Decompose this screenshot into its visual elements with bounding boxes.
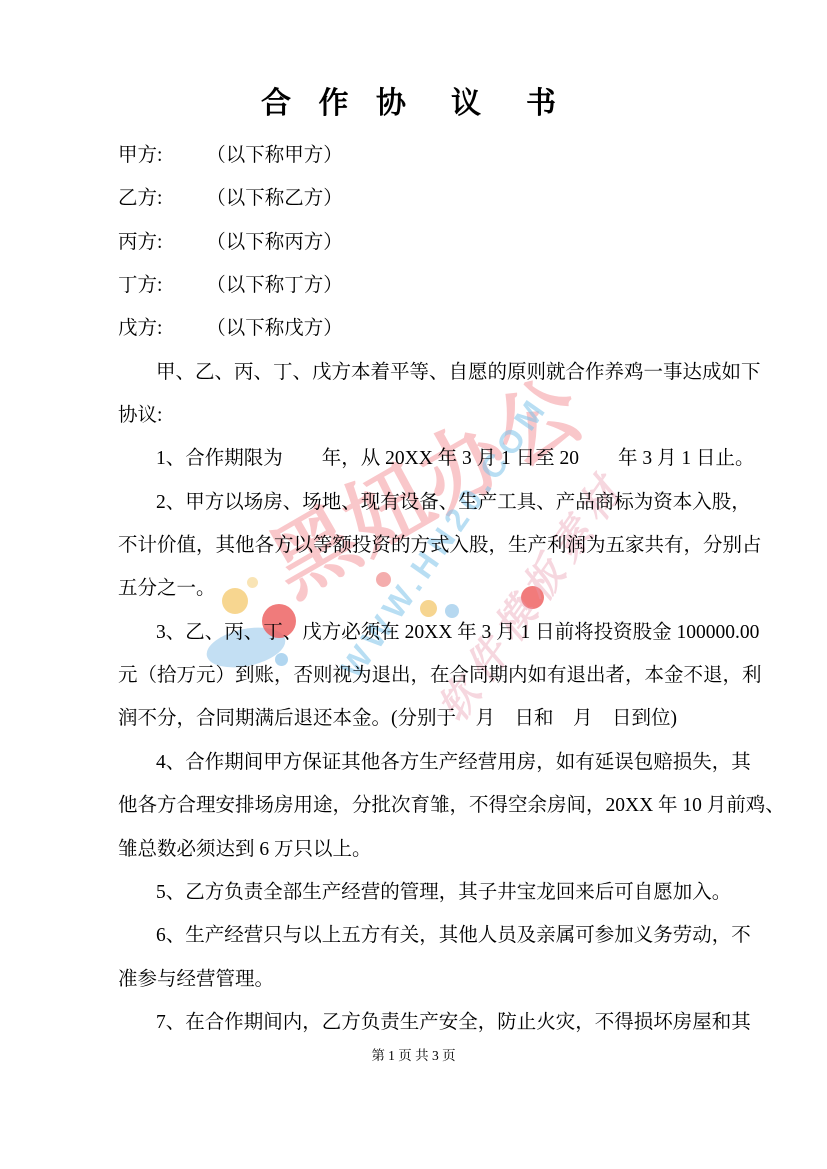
doc-line: 协议: xyxy=(118,394,758,437)
doc-line: 6、生产经营只与以上五方有关，其他人员及亲属可参加义务劳动，不 xyxy=(118,914,758,957)
doc-line: 1、合作期限为 年，从 20XX 年 3 月 1 日至 20 年 3 月 1 日… xyxy=(118,437,758,480)
doc-line: 准参与经营管理。 xyxy=(118,958,758,1001)
doc-line: 五分之一。 xyxy=(118,567,758,610)
doc-line: 乙方: （以下称乙方） xyxy=(118,177,758,220)
doc-lines: 甲方: （以下称甲方）乙方: （以下称乙方）丙方: （以下称丙方）丁方: （以下… xyxy=(118,134,758,1044)
page-number-footer: 第 1 页 共 3 页 xyxy=(0,1046,827,1066)
doc-line: 元（拾万元）到账，否则视为退出，在合同期内如有退出者，本金不退，利 xyxy=(118,654,758,697)
doc-line: 甲方: （以下称甲方） xyxy=(118,134,758,177)
doc-line: 润不分，合同期满后退还本金。(分别于 月 日和 月 日到位) xyxy=(118,697,758,740)
doc-line: 甲、乙、丙、丁、戊方本着平等、自愿的原则就合作养鸡一事达成如下 xyxy=(118,351,758,394)
doc-line: 3、乙、丙、丁、戊方必须在 20XX 年 3 月 1 日前将投资股金 10000… xyxy=(118,611,758,654)
doc-line: 戊方: （以下称戊方） xyxy=(118,307,758,350)
doc-line: 雏总数必须达到 6 万只以上。 xyxy=(118,828,758,871)
doc-line: 2、甲方以场房、场地、现有设备、生产工具、产品商标为资本入股， xyxy=(118,481,758,524)
doc-line: 5、乙方负责全部生产经营的管理，其子井宝龙回来后可自愿加入。 xyxy=(118,871,758,914)
document-content: 合 作 协 议 书 甲方: （以下称甲方）乙方: （以下称乙方）丙方: （以下称… xyxy=(0,0,827,1169)
doc-line: 丁方: （以下称丁方） xyxy=(118,264,758,307)
doc-line: 丙方: （以下称丙方） xyxy=(118,221,758,264)
document-title: 合 作 协 议 书 xyxy=(0,84,827,124)
document-page: 黑妞办公 WWW.HN20.COM 软件模板素材 合 作 协 议 书 甲方: （… xyxy=(0,0,827,1169)
doc-line: 4、合作期间甲方保证其他各方生产经营用房，如有延误包赔损失，其 xyxy=(118,741,758,784)
doc-line: 他各方合理安排场房用途，分批次育雏，不得空余房间，20XX 年 10 月前鸡、 xyxy=(118,784,758,827)
doc-line: 7、在合作期间内，乙方负责生产安全，防止火灾，不得损坏房屋和其 xyxy=(118,1001,758,1044)
doc-line: 不计价值，其他各方以等额投资的方式入股，生产利润为五家共有，分别占 xyxy=(118,524,758,567)
